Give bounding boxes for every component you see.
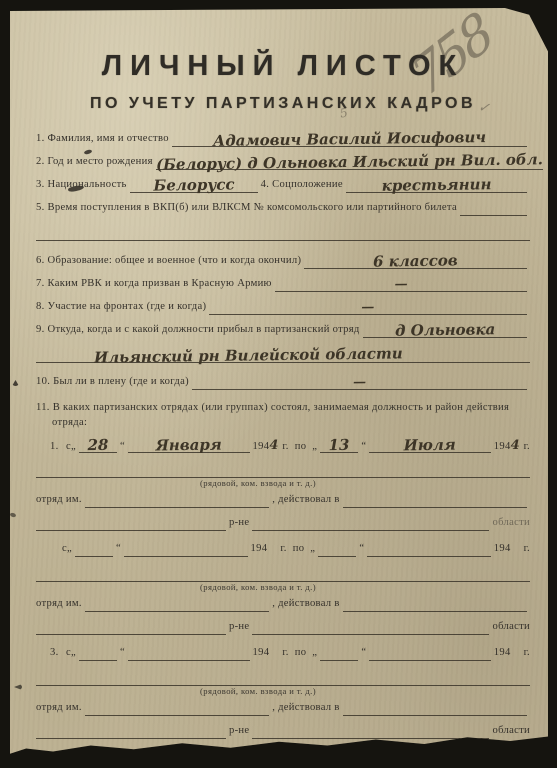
- entry-2-detachment-line: [85, 598, 269, 612]
- entry-3-number: 3.: [50, 647, 66, 659]
- field-1-line: Адамович Василий Иосифович: [172, 133, 527, 147]
- detachment-label: отряд им.: [36, 494, 82, 506]
- entry-2-to-day-line: [318, 543, 356, 557]
- acted-in-label: , действовал в: [272, 598, 339, 610]
- field-row-wounds: 12. Ранения и контузии (где и когда): [36, 752, 530, 766]
- field-8-label: 8. Участие на фронтах (где и когда): [36, 301, 206, 313]
- field-3-value: Белорусс: [130, 178, 258, 193]
- entry-3-from-month-line: [128, 647, 249, 661]
- field-6-line: 6 классов: [304, 255, 527, 269]
- quote-close: “: [120, 441, 125, 453]
- service-entry-1: 1. с „ 28 “ Января 194 4 г. по „ 13 “ Ию…: [36, 439, 530, 453]
- quote-close: “: [116, 543, 121, 555]
- document-subtitle: ПО УЧЕТУ ПАРТИЗАНСКИХ КАДРОВ: [36, 95, 530, 113]
- year-prefix: 194: [251, 543, 268, 555]
- entry-3-to-month-line: [369, 647, 490, 661]
- entry-1-district-row: р-не области: [36, 517, 530, 531]
- underline: [36, 464, 530, 478]
- field-7-line: —: [275, 278, 527, 292]
- field-6-value: 6 классов: [304, 253, 527, 269]
- field-11-label-cont: отряда:: [36, 415, 530, 430]
- field-3-line: Белорусс: [130, 179, 258, 193]
- field-4-label: 4. Соцположение: [261, 179, 343, 191]
- entry-3-district-line: [252, 725, 489, 739]
- acted-in-label: , действовал в: [272, 494, 339, 506]
- entry-to-label: по: [293, 543, 305, 555]
- field-1-label: 1. Фамилия, имя и отчество: [36, 133, 169, 145]
- field-row-captivity: 10. Был ли в плену (где и когда) —: [36, 376, 530, 390]
- field-10-label: 10. Был ли в плену (где и когда): [36, 376, 189, 388]
- entry-1-from-month: Января: [128, 438, 250, 453]
- year-prefix: 194: [494, 441, 511, 453]
- entry-2-from-month-line: [124, 543, 247, 557]
- field-4-value: крестьянин: [346, 178, 527, 194]
- entry-3-to-day-line: [320, 647, 358, 661]
- district-label: р-не: [229, 621, 249, 633]
- quote-open: „: [67, 543, 72, 555]
- entry-3-from-day-line: [79, 647, 117, 661]
- entry-1-district-pre-line: [36, 517, 226, 531]
- field-7-label: 7. Каким РВК и когда призван в Красную А…: [36, 278, 272, 290]
- entry-2-to-month: [367, 542, 490, 544]
- entry-1-position-line: [36, 464, 530, 478]
- field-5-line: [460, 202, 527, 216]
- field-12-line: [213, 752, 527, 766]
- entry-1-to-day: 13: [320, 439, 358, 453]
- field-6-label: 6. Образование: общее и военное (что и к…: [36, 255, 301, 267]
- field-row-origin-cont: Ильянский рн Вилейской области: [36, 349, 530, 363]
- entry-2-from-day: [75, 543, 113, 544]
- field-7-value: —: [275, 276, 527, 293]
- entry-2-position-line: [36, 568, 530, 582]
- field-3-label: 3. Национальность: [36, 179, 127, 191]
- entry-3-from-month: [128, 646, 249, 648]
- year-suffix: г.: [524, 647, 530, 659]
- field-5-value: [460, 202, 527, 203]
- entry-3-to-month: [369, 646, 490, 648]
- entry-1-acted-line: [343, 494, 527, 508]
- year-prefix: 194: [494, 647, 511, 659]
- entry-1-to-month: Июля: [369, 438, 491, 453]
- field-row-origin: 9. Откуда, когда и с какой должности при…: [36, 324, 530, 338]
- entry-2-from-day-line: [75, 543, 113, 557]
- quote-open: „: [310, 543, 315, 555]
- entry-1-district-line: [252, 517, 489, 531]
- entry-1-to-day-line: 13: [320, 439, 358, 453]
- field-10-value: —: [192, 374, 527, 392]
- underline: [36, 672, 530, 686]
- field-8-value: —: [209, 299, 527, 316]
- entry-2-to-month-line: [367, 543, 490, 557]
- entry-2-rank-caption: (рядовой, ком. взвода и т. д.): [106, 583, 410, 592]
- entry-1-from-year: 4: [269, 439, 282, 452]
- year-suffix: г.: [524, 543, 530, 555]
- entry-1-from-day: 28: [79, 439, 117, 453]
- year-prefix: 194: [494, 543, 511, 555]
- quote-open: „: [312, 441, 317, 453]
- service-entry-3: 3. с „ “ 194 г. по „ “ 194 г.: [36, 647, 530, 661]
- field-2-line: (Белорус) д Ольновка Ильский рн Вил. обл…: [156, 156, 543, 170]
- field-4-line: крестьянин: [346, 179, 527, 193]
- field-5-label: 5. Время поступления в ВКП(б) или ВЛКСМ …: [36, 202, 457, 214]
- quote-open: „: [71, 441, 76, 453]
- detachment-label: отряд им.: [36, 702, 82, 714]
- district-label: р-не: [229, 725, 249, 737]
- field-row-education: 6. Образование: общее и военное (что и к…: [36, 255, 530, 269]
- field-row-name: 1. Фамилия, имя и отчество Адамович Васи…: [36, 133, 530, 147]
- entry-2-detachment-row: отряд им. , действовал в: [36, 598, 530, 612]
- year-prefix: 194: [253, 441, 270, 453]
- oblast-label: области: [492, 517, 530, 529]
- document-title: ЛИЧНЫЙ ЛИСТОК: [36, 50, 530, 83]
- oblast-label: области: [492, 725, 530, 737]
- quote-close: “: [359, 543, 364, 555]
- field-9-line2: Ильянский рн Вилейской области: [36, 349, 530, 363]
- entry-1-detachment-row: отряд им. , действовал в: [36, 494, 530, 508]
- oblast-label: области: [492, 621, 530, 633]
- field-1-value: Адамович Василий Иосифович: [172, 131, 527, 149]
- quote-close: “: [361, 441, 366, 453]
- year-suffix: г.: [282, 441, 288, 453]
- entry-1-from-month-line: Января: [128, 439, 249, 453]
- quote-close: “: [361, 647, 366, 659]
- entry-3-district-pre-line: [36, 725, 226, 739]
- quote-open: „: [312, 647, 317, 659]
- form-content: ЛИЧНЫЙ ЛИСТОК ПО УЧЕТУ ПАРТИЗАНСКИХ КАДР…: [10, 50, 548, 766]
- field-row-party-cont: [36, 227, 530, 241]
- entry-3-rank-caption: (рядовой, ком. взвода и т. д.): [106, 687, 410, 696]
- entry-2-from-month: [124, 542, 247, 544]
- entry-1-to-year: 4: [511, 439, 524, 452]
- entry-3-from-day: [79, 647, 117, 648]
- entry-3-to-day: [320, 647, 358, 648]
- field-9-value2: Ильянский рн Вилейской области: [36, 346, 530, 366]
- entry-3-acted-line: [343, 702, 527, 716]
- field-row-party: 5. Время поступления в ВКП(б) или ВЛКСМ …: [36, 202, 530, 216]
- field-row-birth: 2. Год и место рождения (Белорус) д Ольн…: [36, 156, 530, 170]
- underline: [36, 568, 530, 582]
- entry-2-district-row: р-не области: [36, 621, 530, 635]
- field-9-line: д Ольновка: [363, 324, 527, 338]
- quote-open: „: [71, 647, 76, 659]
- entry-to-label: по: [295, 441, 307, 453]
- quote-close: “: [120, 647, 125, 659]
- field-2-label: 2. Год и место рождения: [36, 156, 153, 168]
- field-9-value: д Ольновка: [363, 323, 528, 338]
- entry-2-district-line: [252, 621, 489, 635]
- detachment-label: отряд им.: [36, 598, 82, 610]
- field-10-line: —: [192, 376, 527, 390]
- field-row-rvk: 7. Каким РВК и когда призван в Красную А…: [36, 278, 530, 292]
- year-suffix: г.: [280, 543, 286, 555]
- entry-3-position-line: [36, 672, 530, 686]
- entry-1-to-month-line: Июля: [369, 439, 490, 453]
- entry-1-rank-caption: (рядовой, ком. взвода и т. д.): [106, 479, 410, 488]
- entry-3-detachment-line: [85, 702, 269, 716]
- document-page: 758 ✓ 5 ЛИЧНЫЙ ЛИСТОК ПО УЧЕТУ ПАРТИЗАНС…: [10, 8, 548, 756]
- field-12-label: 12. Ранения и контузии (где и когда): [36, 752, 210, 764]
- entry-1-detachment-line: [85, 494, 269, 508]
- field-2-value: (Белорус) д Ольновка Ильский рн Вил. обл…: [156, 153, 543, 171]
- field-row-nationality: 3. Национальность Белорусс 4. Соцположен…: [36, 179, 530, 193]
- entry-2-to-day: [318, 543, 356, 544]
- field-9-label: 9. Откуда, когда и с какой должности при…: [36, 324, 360, 336]
- field-11-label: 11. В каких партизанских отрядах (или гр…: [36, 400, 530, 415]
- field-12-value: [213, 750, 527, 754]
- entry-1-from-day-line: 28: [79, 439, 117, 453]
- entry-2-district-pre-line: [36, 621, 226, 635]
- field-8-line: —: [209, 301, 527, 315]
- year-suffix: г.: [524, 441, 530, 453]
- entry-3-district-row: р-не области: [36, 725, 530, 739]
- field-row-fronts: 8. Участие на фронтах (где и когда) —: [36, 301, 530, 315]
- acted-in-label: , действовал в: [272, 702, 339, 714]
- field-5-line2: [36, 227, 530, 241]
- entry-2-acted-line: [343, 598, 527, 612]
- district-label: р-не: [229, 517, 249, 529]
- year-prefix: 194: [253, 647, 270, 659]
- entry-1-number: 1.: [50, 441, 66, 453]
- entry-to-label: по: [295, 647, 307, 659]
- entry-3-detachment-row: отряд им. , действовал в: [36, 702, 530, 716]
- year-suffix: г.: [282, 647, 288, 659]
- service-entry-2: с „ “ 194 г. по „ “ 194 г.: [36, 543, 530, 557]
